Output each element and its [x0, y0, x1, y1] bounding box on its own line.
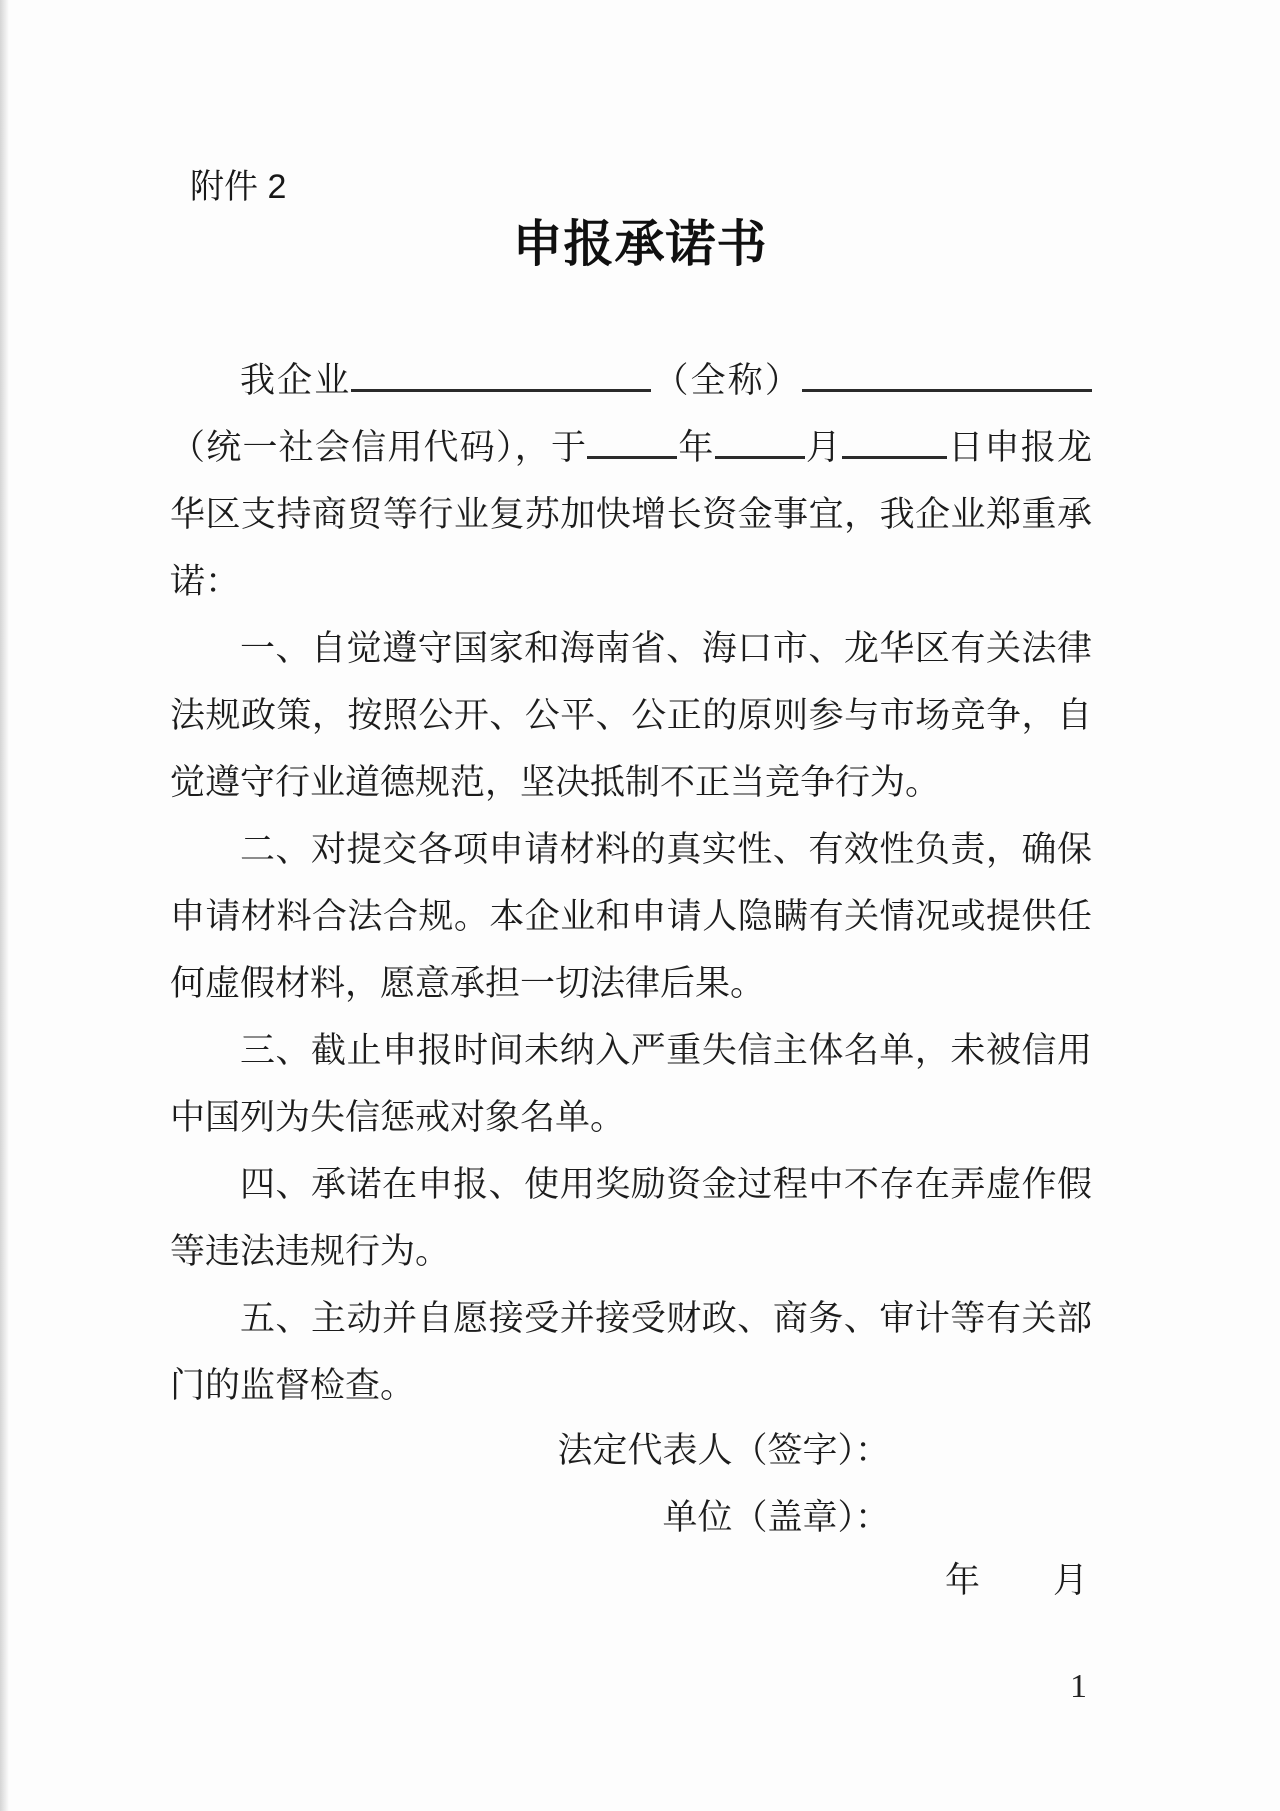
document-title: 申报承诺书: [0, 214, 1280, 274]
commitment-item-4: 四、承诺在申报、使用奖励资金过程中不存在弄虚作假等违法违规行为。: [170, 1151, 1092, 1285]
company-prefix-label: 我企业: [240, 361, 351, 400]
date-year-label: 年: [945, 1563, 980, 1598]
company-name-blank: [351, 387, 651, 392]
month-label: 月: [805, 428, 842, 467]
month-blank: [715, 454, 805, 459]
page-number: 1: [1070, 1670, 1087, 1704]
commitment-item-2: 二、对提交各项申请材料的真实性、有效性负责，确保申请材料合法合规。本企业和申请人…: [170, 816, 1092, 1017]
year-blank: [587, 454, 677, 459]
commitment-item-5: 五、主动并自愿接受并接受财政、商务、审计等有关部门的监督检查。: [170, 1285, 1092, 1419]
document-body: 我企业（全称）（统一社会信用代码），于年月日申报龙华区支持商贸等行业复苏加快增长…: [170, 347, 1092, 1419]
year-label: 年: [677, 428, 714, 467]
commitment-item-1: 一、自觉遵守国家和海南省、海口市、龙华区有关法律法规政策，按照公开、公平、公正的…: [170, 615, 1092, 816]
opening-paragraph: 我企业（全称）（统一社会信用代码），于年月日申报龙华区支持商贸等行业复苏加快增长…: [170, 347, 1092, 615]
signature-block: 法定代表人（签字）： 单位（盖章）：: [170, 1417, 890, 1551]
date-month-label: 月: [1053, 1563, 1088, 1598]
legal-representative-signature-label: 法定代表人（签字）：: [170, 1417, 890, 1484]
credit-code-blank: [802, 387, 1092, 392]
credit-code-label: （统一社会信用代码），于: [170, 428, 587, 467]
full-name-label: （全称）: [651, 361, 802, 400]
document-page: 附件 2 申报承诺书 我企业（全称）（统一社会信用代码），于年月日申报龙华区支持…: [0, 0, 1280, 1811]
attachment-label: 附件 2: [190, 170, 286, 204]
commitment-item-3: 三、截止申报时间未纳入严重失信主体名单，未被信用中国列为失信惩戒对象名单。: [170, 1017, 1092, 1151]
day-blank: [842, 454, 947, 459]
unit-seal-label: 单位（盖章）：: [170, 1484, 890, 1551]
